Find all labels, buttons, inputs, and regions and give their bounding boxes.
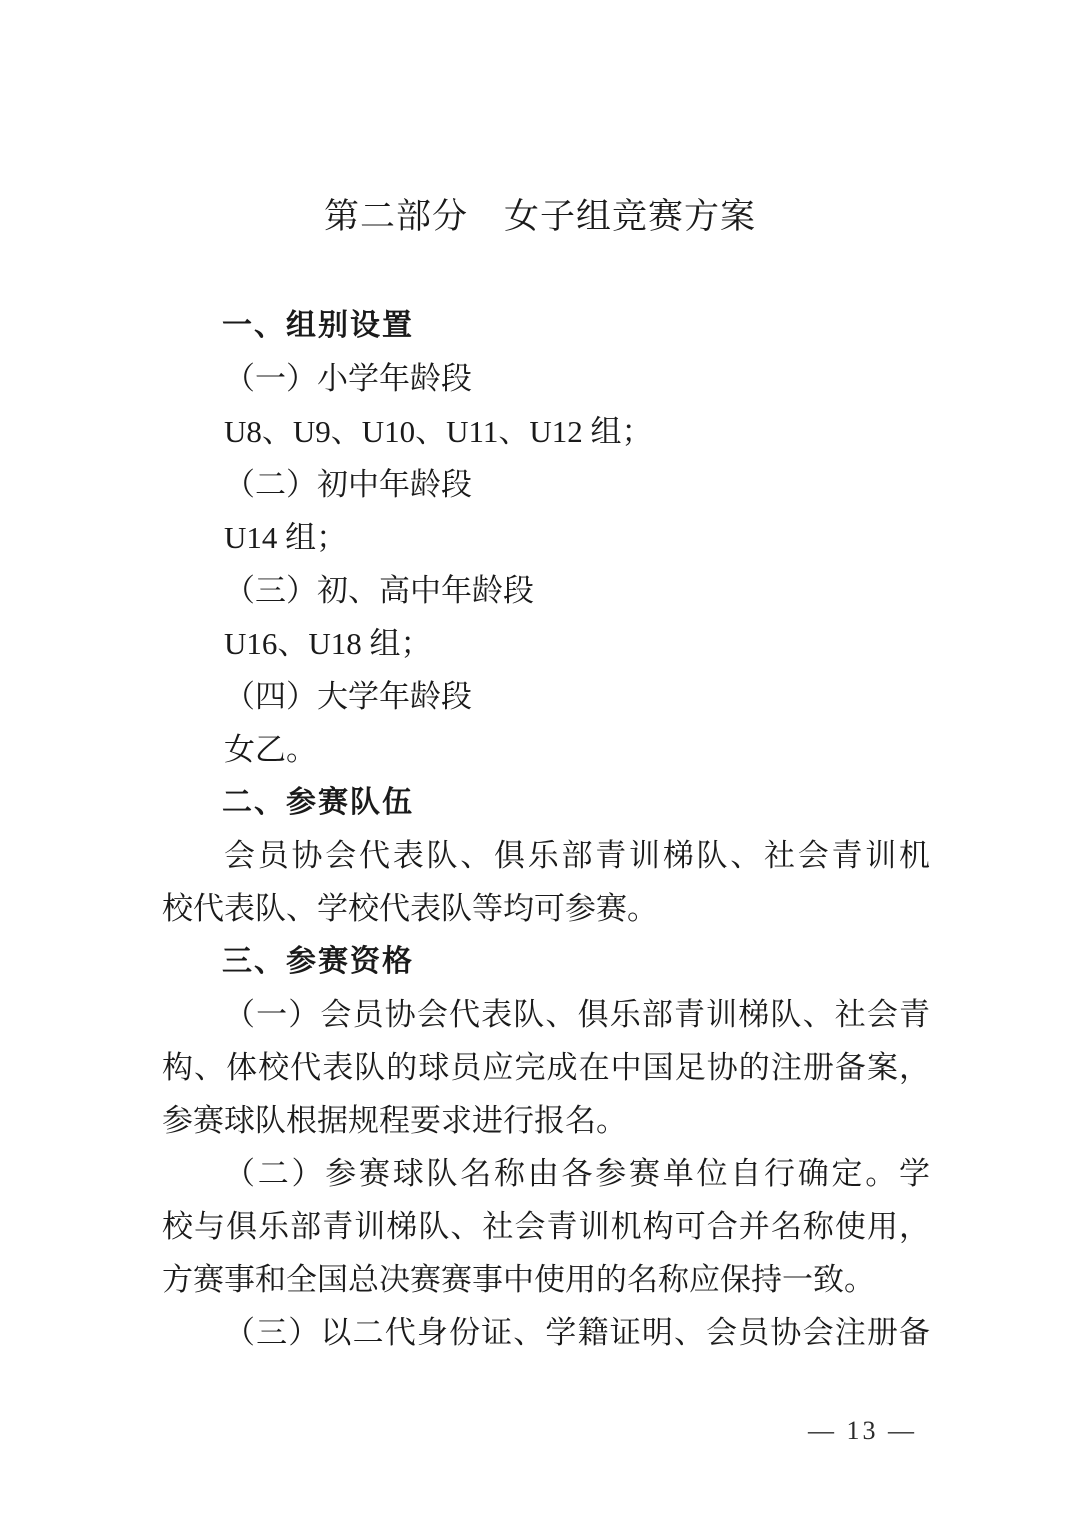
- para-teams-line-1: 会员协会代表队、俱乐部青训梯队、社会青训机构、体: [162, 829, 930, 882]
- heading-2-participating-teams: 二、参赛队伍: [162, 776, 930, 829]
- item-2-junior-high-age: （二）初中年龄段: [162, 458, 930, 511]
- para-eligibility-2-line-1: （二）参赛球队名称由各参赛单位自行确定。学校、体: [162, 1147, 930, 1200]
- item-4-university-age: （四）大学年龄段: [162, 670, 930, 723]
- page-number: — 13 —: [808, 1416, 917, 1446]
- item-3-junior-senior-high-age: （三）初、高中年龄段: [162, 564, 930, 617]
- heading-1-group-setup: 一、组别设置: [162, 299, 930, 352]
- heading-3-eligibility: 三、参赛资格: [162, 935, 930, 988]
- para-eligibility-2-line-3: 方赛事和全国总决赛赛事中使用的名称应保持一致。: [162, 1253, 930, 1306]
- para-eligibility-1-line-2: 构、体校代表队的球员应完成在中国足协的注册备案，其他: [162, 1041, 930, 1094]
- para-eligibility-2-line-2: 校与俱乐部青训梯队、社会青训机构可合并名称使用，在地: [162, 1200, 930, 1253]
- item-1-primary-school-age: （一）小学年龄段: [162, 352, 930, 405]
- line-women-b-group: 女乙。: [162, 723, 930, 776]
- para-teams-line-2: 校代表队、学校代表队等均可参赛。: [162, 882, 930, 935]
- line-u16-u18-groups: U16、U18 组；: [162, 617, 930, 670]
- line-u14-group: U14 组；: [162, 511, 930, 564]
- para-eligibility-1-line-3: 参赛球队根据规程要求进行报名。: [162, 1094, 930, 1147]
- page-title: 第二部分 女子组竞赛方案: [0, 192, 1080, 242]
- line-u8-u12-groups: U8、U9、U10、U11、U12 组；: [162, 405, 930, 458]
- document-body: 一、组别设置 （一）小学年龄段 U8、U9、U10、U11、U12 组； （二）…: [162, 299, 930, 1359]
- para-eligibility-1-line-1: （一）会员协会代表队、俱乐部青训梯队、社会青训机: [162, 988, 930, 1041]
- para-eligibility-3-line-1: （三）以二代身份证、学籍证明、会员协会注册备案、: [162, 1306, 930, 1359]
- document-page: 第二部分 女子组竞赛方案 一、组别设置 （一）小学年龄段 U8、U9、U10、U…: [0, 0, 1080, 1527]
